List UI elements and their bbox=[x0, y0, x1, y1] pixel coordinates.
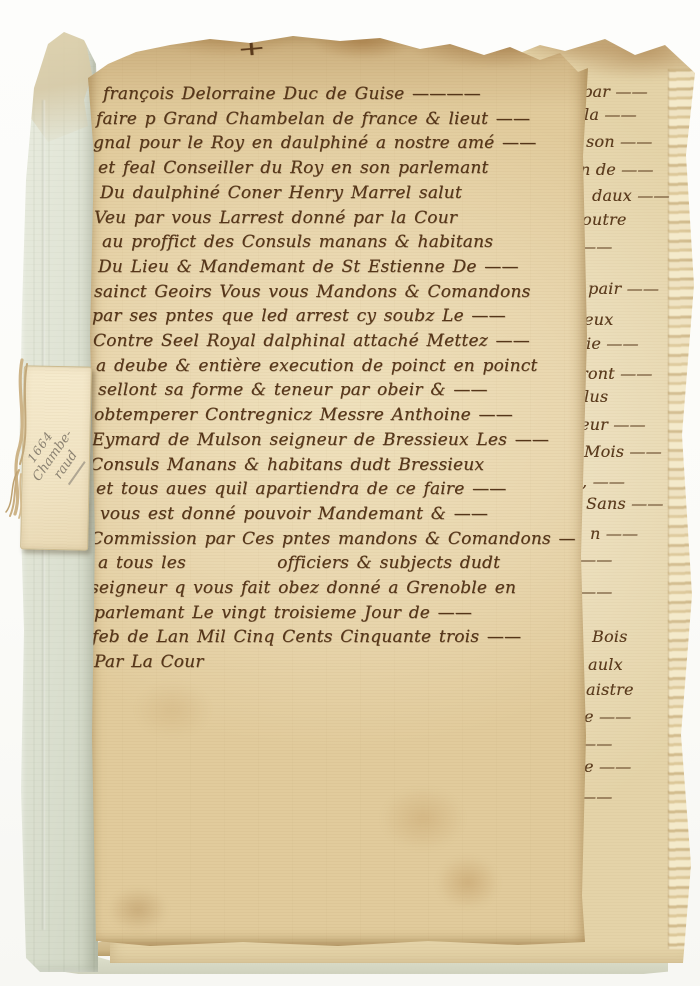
text-fragment: la —— bbox=[584, 105, 637, 124]
manuscript-line: sellont sa forme & teneur par obeir & —— bbox=[98, 380, 488, 400]
text-fragment: ie —— bbox=[586, 334, 639, 353]
manuscript-line: Contre Seel Royal dalphinal attaché Mett… bbox=[93, 331, 530, 351]
manuscript-line: Veu par vous Larrest donné par la Cour bbox=[94, 208, 457, 228]
text-fragment: daux —— bbox=[592, 186, 670, 205]
manuscript-line: a deube & entière execution de poinct en… bbox=[96, 356, 538, 376]
text-fragment: par —— bbox=[582, 82, 648, 101]
manuscript-line: Du daulphiné Coner Henry Marrel salut bbox=[100, 183, 462, 203]
text-fragment: e —— bbox=[584, 707, 631, 726]
text-fragment: —— bbox=[580, 550, 612, 569]
manuscript-line: et feal Conseiller du Roy en son parlema… bbox=[98, 158, 489, 178]
text-fragment: , —— bbox=[582, 472, 625, 491]
manuscript-line: Consuls Manans & habitans dudt Bressieux bbox=[90, 455, 484, 475]
manuscript-line: faire p Grand Chambelan de france & lieu… bbox=[96, 109, 530, 129]
text-fragment: —— bbox=[580, 582, 612, 601]
manuscript-line: françois Delorraine Duc de Guise ———— bbox=[103, 84, 481, 104]
manuscript-line: sainct Geoirs Vous vous Mandons & Comand… bbox=[94, 282, 531, 302]
text-fragment: eur —— bbox=[580, 415, 646, 434]
manuscript-line: a tous les officiers & subjects dudt bbox=[98, 553, 500, 573]
manuscript-line: Du Lieu & Mandemant de St Estienne De —— bbox=[98, 257, 519, 277]
manuscript-line: seigneur q vous fait obez donné a Grenob… bbox=[90, 578, 516, 598]
manuscript-scan: par —— la —— son —— n de —— daux —— outr… bbox=[0, 0, 700, 986]
manuscript-line: vous est donné pouvoir Mandemant & —— bbox=[100, 504, 488, 524]
text-fragment: Mois —— bbox=[584, 442, 662, 461]
text-fragment: Sans —— bbox=[586, 494, 664, 513]
text-fragment: n —— bbox=[590, 524, 638, 543]
manuscript-line: Eymard de Mulson seigneur de Bressieux L… bbox=[92, 430, 549, 450]
text-fragment: e —— bbox=[584, 757, 631, 776]
manuscript-line: par ses pntes que led arrest cy soubz Le… bbox=[92, 306, 506, 326]
manuscript-line: gnal pour le Roy en daulphiné a nostre a… bbox=[93, 133, 536, 153]
binding-thread bbox=[2, 352, 38, 522]
text-fragment: eux bbox=[584, 310, 613, 329]
text-fragment: pair —— bbox=[588, 279, 659, 298]
manuscript-line: et tous aues quil apartiendra de ce fair… bbox=[96, 479, 507, 499]
manuscript-line: Par La Cour bbox=[94, 652, 204, 672]
cover-torn-top bbox=[18, 30, 92, 142]
manuscript-line: obtemperer Contregnicz Messre Anthoine —… bbox=[94, 405, 513, 425]
text-fragment: —— bbox=[580, 787, 612, 806]
text-fragment: Bois bbox=[592, 627, 628, 646]
manuscript-line: Commission par Ces pntes mandons & Coman… bbox=[90, 529, 576, 549]
manuscript-line: parlemant Le vingt troisieme Jour de —— bbox=[94, 603, 472, 623]
manuscript-line: au proffict des Consuls manans & habitan… bbox=[102, 232, 493, 252]
text-fragment: n de —— bbox=[580, 160, 654, 179]
main-page: + françois Delorraine Duc de Guise ———— … bbox=[88, 36, 588, 946]
text-fragment: ront —— bbox=[580, 364, 653, 383]
text-fragment: aistre bbox=[586, 680, 634, 699]
text-fragment: son —— bbox=[586, 132, 652, 151]
deckled-edge bbox=[668, 69, 695, 949]
manuscript-line: feb de Lan Mil Cinq Cents Cinquante troi… bbox=[92, 627, 521, 647]
text-fragment: outre bbox=[582, 210, 626, 229]
text-fragment: aulx bbox=[588, 655, 623, 674]
cross-mark: + bbox=[236, 35, 266, 61]
text-fragment: lus bbox=[584, 387, 608, 406]
